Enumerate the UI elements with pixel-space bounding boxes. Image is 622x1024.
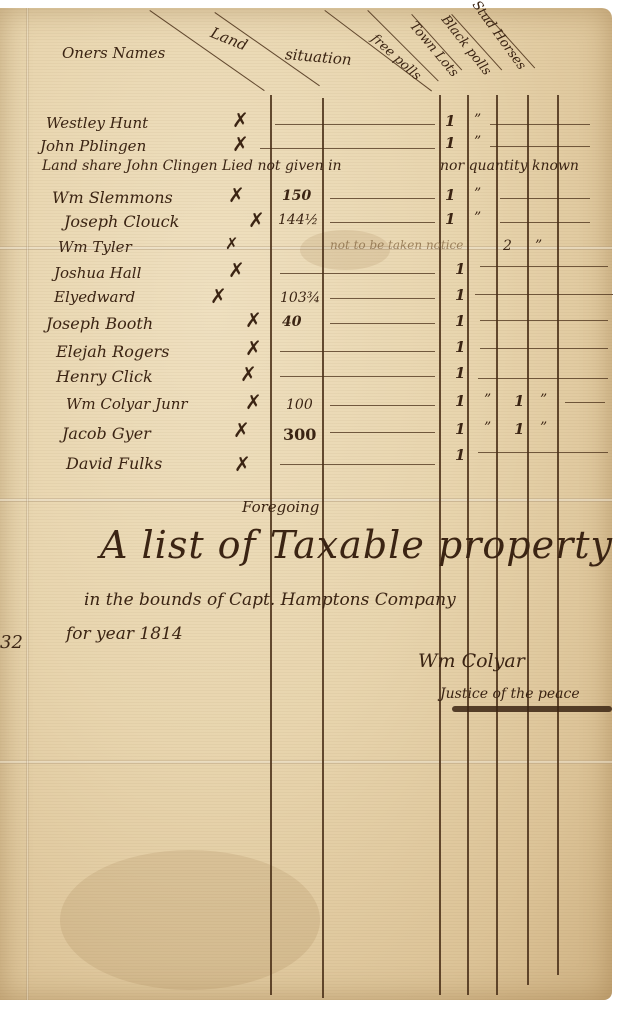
stud-horses-value: ” xyxy=(535,238,542,254)
row-note: not to be taken notice xyxy=(330,238,463,252)
owner-name: Joseph Booth xyxy=(46,314,153,333)
empty-entry-line xyxy=(478,378,608,379)
land-value: 150 xyxy=(282,188,311,204)
x-mark: ✗ xyxy=(233,418,250,442)
owner-name: Land share John Clingen Lied not given i… xyxy=(42,158,342,174)
empty-entry-line xyxy=(280,376,435,377)
owner-name: John Pblingen xyxy=(40,137,146,155)
empty-entry-line xyxy=(280,464,435,465)
free-polls-value: 1 xyxy=(445,134,455,152)
owner-name: Joshua Hall xyxy=(54,264,141,282)
x-mark: ✗ xyxy=(232,132,249,156)
x-mark: ✗ xyxy=(210,284,227,308)
free-polls-value: 1 xyxy=(455,364,465,382)
empty-entry-line xyxy=(500,222,590,223)
empty-entry-line xyxy=(500,198,590,199)
owner-name: Jacob Gyer xyxy=(62,424,151,443)
black-polls-value: 1 xyxy=(514,420,524,438)
owner-name: Wm Tyler xyxy=(58,238,132,256)
signature-underline xyxy=(452,706,612,712)
document-subtitle-line2: for year 1814 xyxy=(66,624,183,644)
owner-name: Elejah Rogers xyxy=(56,342,169,361)
empty-entry-line xyxy=(275,124,435,125)
land-value: 40 xyxy=(282,314,301,330)
header-owner-names: Oners Names xyxy=(62,44,165,62)
x-mark: ✗ xyxy=(232,108,249,132)
owner-name: Westley Hunt xyxy=(46,114,148,132)
land-value: 103¾ xyxy=(280,290,320,306)
signature-name: Wm Colyar xyxy=(418,650,525,672)
empty-entry-line xyxy=(480,348,608,349)
empty-entry-line xyxy=(280,351,435,352)
paper-fold xyxy=(26,8,29,1000)
empty-entry-line xyxy=(330,323,435,324)
signature-title: Justice of the peace xyxy=(440,686,580,702)
free-polls-value: 1 xyxy=(445,112,455,130)
land-value: 144½ xyxy=(278,212,318,228)
x-mark: ✗ xyxy=(245,390,262,414)
town-lots-value: ” xyxy=(474,210,481,226)
row-note: nor quantity known xyxy=(440,158,579,174)
empty-entry-line xyxy=(478,452,608,453)
empty-entry-line xyxy=(330,222,435,223)
x-mark: ✗ xyxy=(245,308,262,332)
free-polls-value: 1 xyxy=(455,338,465,356)
bleed-through-text xyxy=(320,800,325,818)
owner-name: Wm Colyar Junr xyxy=(66,395,188,413)
x-mark: ✗ xyxy=(245,336,262,360)
free-polls-value: 1 xyxy=(445,186,455,204)
paper-fold xyxy=(0,760,612,764)
free-polls-value: 1 xyxy=(455,446,465,464)
x-mark: ✗ xyxy=(234,452,251,476)
empty-entry-line xyxy=(280,273,435,274)
land-value: 100 xyxy=(286,397,313,413)
empty-entry-line xyxy=(475,294,613,295)
free-polls-value: 1 xyxy=(455,392,465,410)
town-lots-value: ” xyxy=(474,134,481,150)
foregoing-label: Foregoing xyxy=(242,498,319,516)
empty-entry-line xyxy=(330,298,435,299)
stud-horses-value: ” xyxy=(540,392,547,408)
town-lots-value: ” xyxy=(484,392,491,408)
document-subtitle-line1: in the bounds of Capt. Hamptons Company xyxy=(84,590,456,610)
free-polls-value: 1 xyxy=(455,312,465,330)
x-mark: ✗ xyxy=(248,208,265,232)
town-lots-value: ” xyxy=(474,112,481,128)
empty-entry-line xyxy=(490,146,590,147)
black-polls-value: 1 xyxy=(514,392,524,410)
empty-entry-line xyxy=(490,124,590,125)
empty-entry-line xyxy=(480,320,608,321)
town-lots-value: ” xyxy=(474,186,481,202)
empty-entry-line xyxy=(260,148,435,149)
x-mark: ✗ xyxy=(228,258,245,282)
town-lots-value: ” xyxy=(484,420,491,436)
owner-name: Elyedward xyxy=(54,288,135,306)
empty-entry-line xyxy=(330,432,435,433)
free-polls-value: 1 xyxy=(455,420,465,438)
free-polls-value: 1 xyxy=(445,210,455,228)
x-mark: ✗ xyxy=(240,362,257,386)
land-value: 300 xyxy=(283,425,316,444)
margin-fragment: 32 xyxy=(0,632,23,653)
owner-name: Joseph Clouck xyxy=(64,212,179,231)
x-mark: ✗ xyxy=(225,234,238,253)
paper-stain xyxy=(60,850,320,990)
empty-entry-line xyxy=(330,405,435,406)
x-mark: ✗ xyxy=(228,183,245,207)
free-polls-value: 1 xyxy=(455,260,465,278)
stud-horses-value: ” xyxy=(540,420,547,436)
owner-name: Henry Click xyxy=(56,367,153,386)
empty-entry-line xyxy=(330,198,435,199)
black-polls-value: 2 xyxy=(503,238,512,254)
owner-name: Wm Slemmons xyxy=(52,188,173,207)
empty-entry-line xyxy=(565,402,605,403)
empty-entry-line xyxy=(480,266,608,267)
free-polls-value: 1 xyxy=(455,286,465,304)
document-title: A list of Taxable property xyxy=(100,523,613,567)
owner-name: David Fulks xyxy=(66,454,162,473)
